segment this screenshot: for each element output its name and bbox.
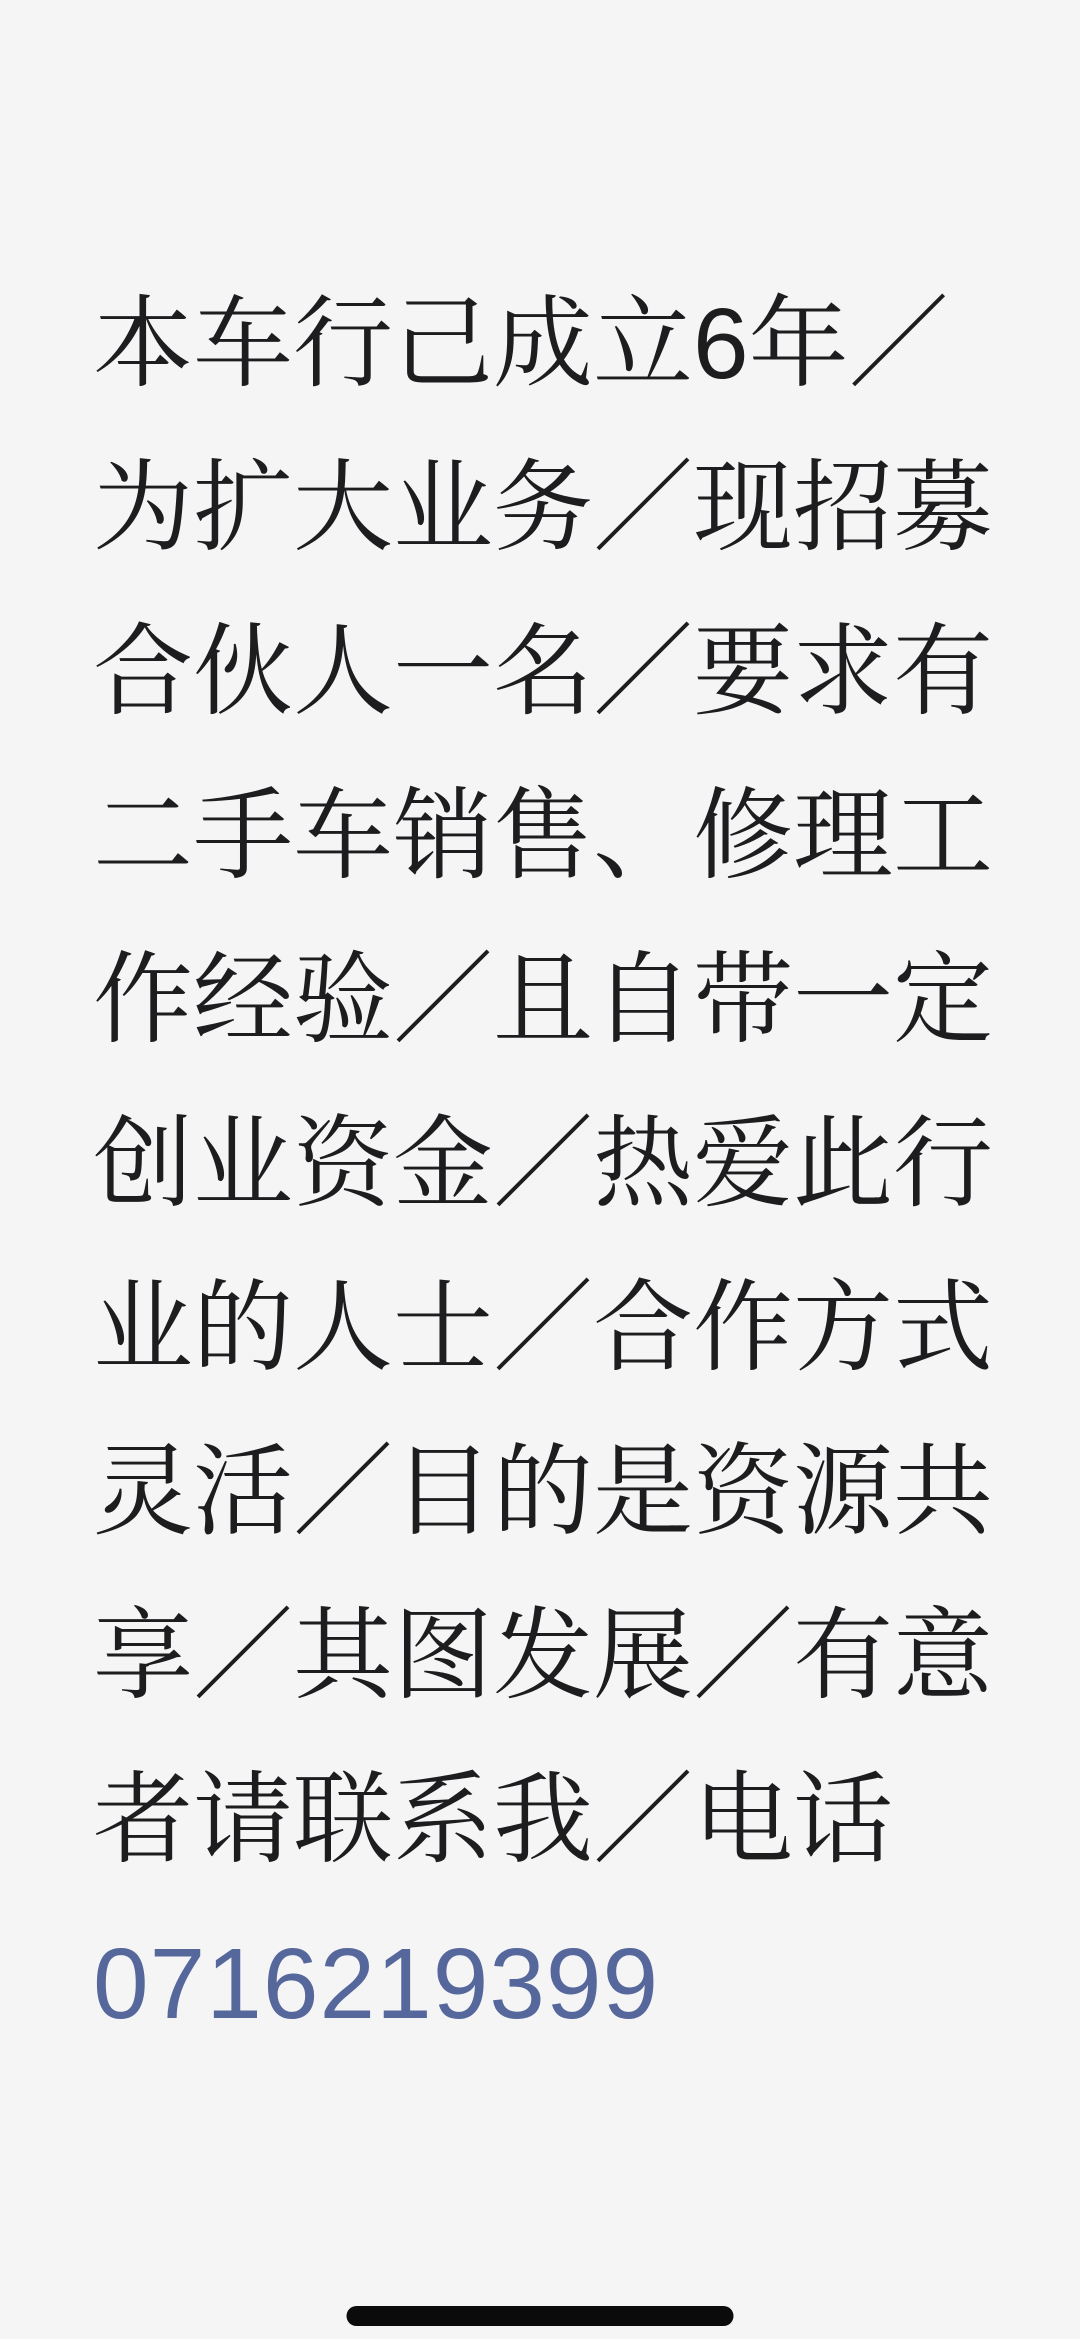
caption-line: 为扩大业务／现招募 (93, 426, 1002, 590)
caption-line: 创业资金／热爱此行 (93, 1082, 1002, 1246)
caption-line: 灵活／目的是资源共 (93, 1410, 1002, 1574)
caption-line: 作经验／且自带一定 (93, 918, 1002, 1082)
caption-line: 二手车销售、修理工 (93, 754, 1002, 918)
caption-line: 合伙人一名／要求有 (93, 590, 1002, 754)
phone-number[interactable]: 0716219399 (93, 1902, 1002, 2066)
caption-block: 本车行己成立6年／ 为扩大业务／现招募 合伙人一名／要求有 二手车销售、修理工 … (93, 262, 1002, 2066)
caption-line: 本车行己成立6年／ (93, 262, 1002, 426)
caption-line: 享／其图发展／有意 (93, 1574, 1002, 1738)
video-text-page: 本车行己成立6年／ 为扩大业务／现招募 合伙人一名／要求有 二手车销售、修理工 … (0, 0, 1080, 2339)
home-indicator[interactable] (347, 2306, 734, 2326)
caption-line: 业的人士／合作方式 (93, 1246, 1002, 1410)
caption-line: 者请联系我／电话 (93, 1738, 1002, 1902)
